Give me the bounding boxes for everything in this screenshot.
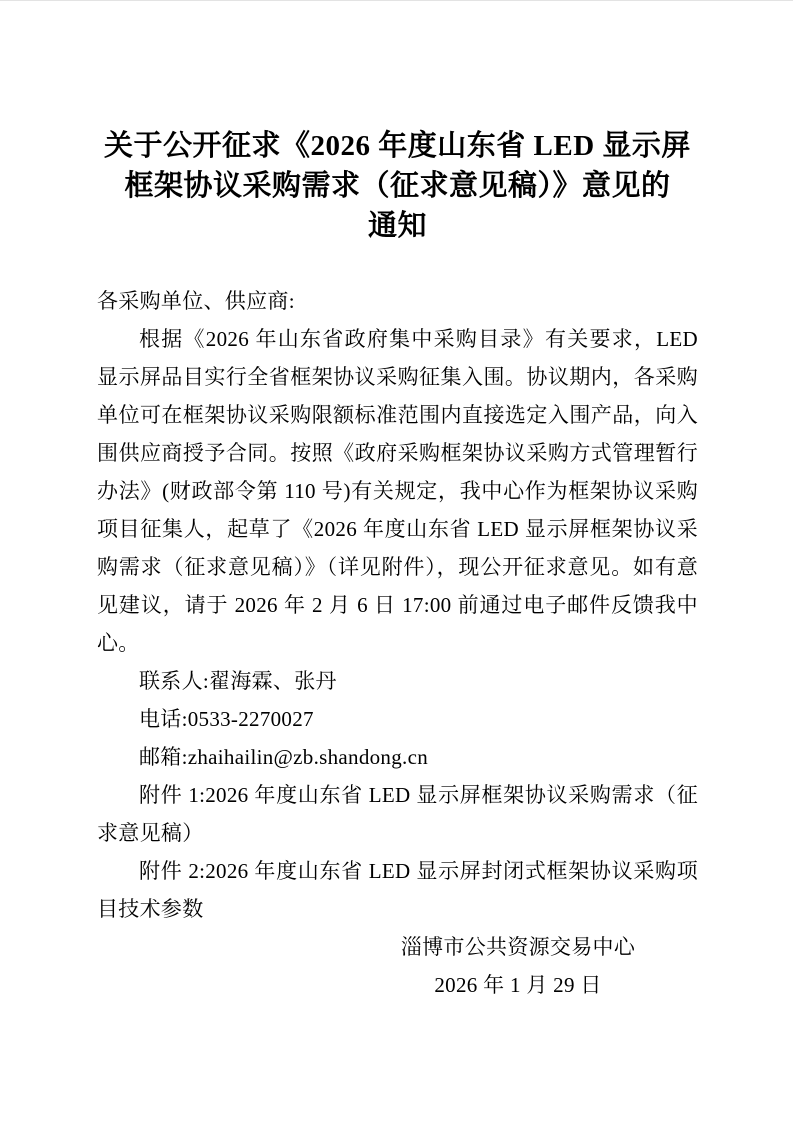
document-body: 各采购单位、供应商: 根据《2026 年山东省政府集中采购目录》有关要求，LED… xyxy=(97,282,698,1004)
title-line-1: 关于公开征求《2026 年度山东省 LED 显示屏 xyxy=(97,126,698,166)
signature-block: 淄博市公共资源交易中心 2026 年 1 月 29 日 xyxy=(368,928,668,1004)
document-title: 关于公开征求《2026 年度山东省 LED 显示屏 框架协议采购需求（征求意见稿… xyxy=(97,126,698,246)
body-paragraph: 根据《2026 年山东省政府集中采购目录》有关要求，LED 显示屏品目实行全省框… xyxy=(97,320,698,662)
title-line-2: 框架协议采购需求（征求意见稿）》意见的 xyxy=(97,166,698,206)
signature-date: 2026 年 1 月 29 日 xyxy=(368,966,668,1004)
document-page: 关于公开征求《2026 年度山东省 LED 显示屏 框架协议采购需求（征求意见稿… xyxy=(0,0,793,1122)
signature-org: 淄博市公共资源交易中心 xyxy=(368,928,668,966)
title-line-3: 通知 xyxy=(97,206,698,246)
salutation: 各采购单位、供应商: xyxy=(97,282,698,320)
attachment-2-line: 附件 2:2026 年度山东省 LED 显示屏封闭式框架协议采购项目技术参数 xyxy=(97,852,698,928)
attachment-1-line: 附件 1:2026 年度山东省 LED 显示屏框架协议采购需求（征求意见稿） xyxy=(97,776,698,852)
contact-email-line: 邮箱:zhaihailin@zb.shandong.cn xyxy=(97,738,698,776)
contact-person-line: 联系人:翟海霖、张丹 xyxy=(97,662,698,700)
contact-phone-line: 电话:0533-2270027 xyxy=(97,700,698,738)
